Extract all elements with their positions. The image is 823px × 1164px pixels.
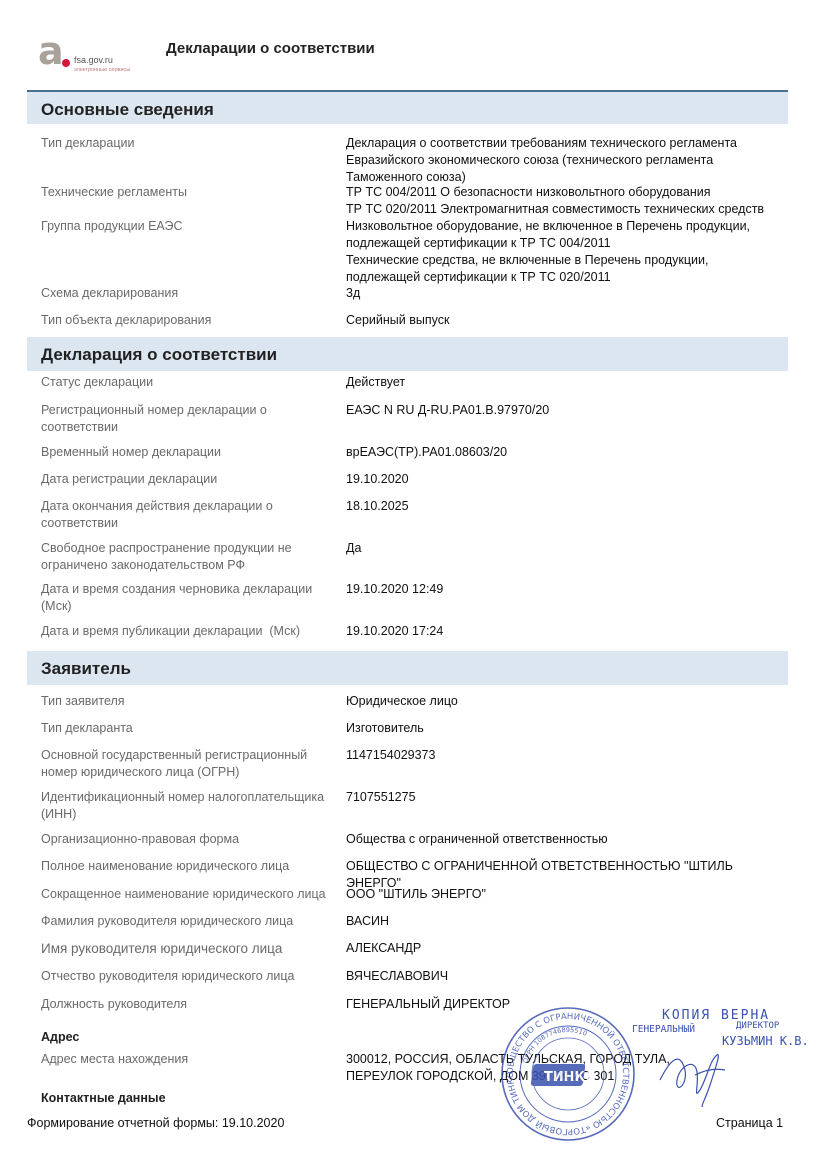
field-label: Тип декларанта — [41, 720, 331, 737]
field-value: ООО "ШТИЛЬ ЭНЕРГО" — [346, 886, 781, 903]
section-title: Заявитель — [41, 659, 131, 679]
report-generated-date: Формирование отчетной формы: 19.10.2020 — [27, 1116, 284, 1130]
section-title: Декларация о соответствии — [41, 345, 277, 365]
logo-glyph-icon: a — [38, 32, 64, 70]
field-value: Изготовитель — [346, 720, 781, 737]
field-label: Идентификационный номер налогоплательщик… — [41, 789, 341, 823]
field-label: Сокращенное наименование юридического ли… — [41, 886, 341, 903]
field-value: 7107551275 — [346, 789, 781, 806]
field-label: Дата окончания действия декларации о соо… — [41, 498, 311, 532]
field-value: 3д — [346, 285, 781, 302]
field-label: Имя руководителя юридического лица — [41, 940, 331, 957]
field-label: Технические регламенты — [41, 184, 331, 201]
field-value: 19.10.2020 12:49 — [346, 581, 781, 598]
field-value: 19.10.2020 17:24 — [346, 623, 781, 640]
field-value: ТР ТС 004/2011 О безопасности низковольт… — [346, 184, 781, 218]
fsa-logo: a fsa.gov.ru электронные сервисы — [38, 38, 148, 74]
field-label: Дата и время публикации декларации (Мск) — [41, 623, 331, 640]
field-value: АЛЕКСАНДР — [346, 940, 781, 957]
contacts-heading: Контактные данные — [41, 1091, 166, 1105]
field-label: Временный номер декларации — [41, 444, 331, 461]
logo-dot-icon — [62, 59, 70, 67]
section-header-applicant: Заявитель — [27, 651, 788, 685]
field-label: Отчество руководителя юридического лица — [41, 968, 331, 985]
field-label: Статус декларации — [41, 374, 331, 391]
field-value: 1147154029373 — [346, 747, 781, 764]
field-value: 18.10.2025 — [346, 498, 781, 515]
field-label: Фамилия руководителя юридического лица — [41, 913, 331, 930]
field-value: врЕАЭС(ТР).РА01.08603/20 — [346, 444, 781, 461]
field-label: Регистрационный номер декларации о соотв… — [41, 402, 311, 436]
field-label: Полное наименование юридического лица — [41, 858, 331, 875]
field-label: Организационно-правовая форма — [41, 831, 331, 848]
field-value: Низковольтное оборудование, не включенно… — [346, 218, 781, 286]
field-label: Адрес места нахождения — [41, 1051, 331, 1068]
field-value: Юридическое лицо — [346, 693, 781, 710]
field-value: ЕАЭС N RU Д-RU.РА01.В.97970/20 — [346, 402, 781, 419]
section-header-declaration: Декларация о соответствии — [27, 337, 788, 371]
field-value: Общества с ограниченной ответственностью — [346, 831, 781, 848]
field-label: Тип декларации — [41, 135, 331, 152]
field-label: Основной государственный регистрационный… — [41, 747, 326, 781]
field-value: ВЯЧЕСЛАВОВИЧ — [346, 968, 781, 985]
field-value: 19.10.2020 — [346, 471, 781, 488]
page-title: Декларации о соответствии — [166, 40, 375, 57]
field-label: Дата и время создания черновика декларац… — [41, 581, 326, 615]
section-title: Основные сведения — [41, 100, 214, 120]
address-heading: Адрес — [41, 1030, 79, 1044]
page-number: Страница 1 — [716, 1116, 783, 1130]
field-label: Группа продукции ЕАЭС — [41, 218, 331, 235]
field-value: Декларация о соответствии требованиям те… — [346, 135, 781, 186]
logo-site: fsa.gov.ru — [74, 55, 113, 65]
field-value: Действует — [346, 374, 781, 391]
logo-subtitle: электронные сервисы — [74, 67, 130, 73]
field-label: Должность руководителя — [41, 996, 331, 1013]
field-label: Тип заявителя — [41, 693, 331, 710]
field-label: Схема декларирования — [41, 285, 331, 302]
section-header-basic: Основные сведения — [27, 90, 788, 124]
field-value: 300012, РОССИЯ, ОБЛАСТЬ ТУЛЬСКАЯ, ГОРОД … — [346, 1051, 736, 1085]
field-value: ВАСИН — [346, 913, 781, 930]
field-value: ГЕНЕРАЛЬНЫЙ ДИРЕКТОР — [346, 996, 781, 1013]
field-value: Серийный выпуск — [346, 312, 781, 329]
field-label: Свободное распространение продукции не о… — [41, 540, 311, 574]
field-value: Да — [346, 540, 781, 557]
field-label: Дата регистрации декларации — [41, 471, 331, 488]
field-label: Тип объекта декларирования — [41, 312, 331, 329]
